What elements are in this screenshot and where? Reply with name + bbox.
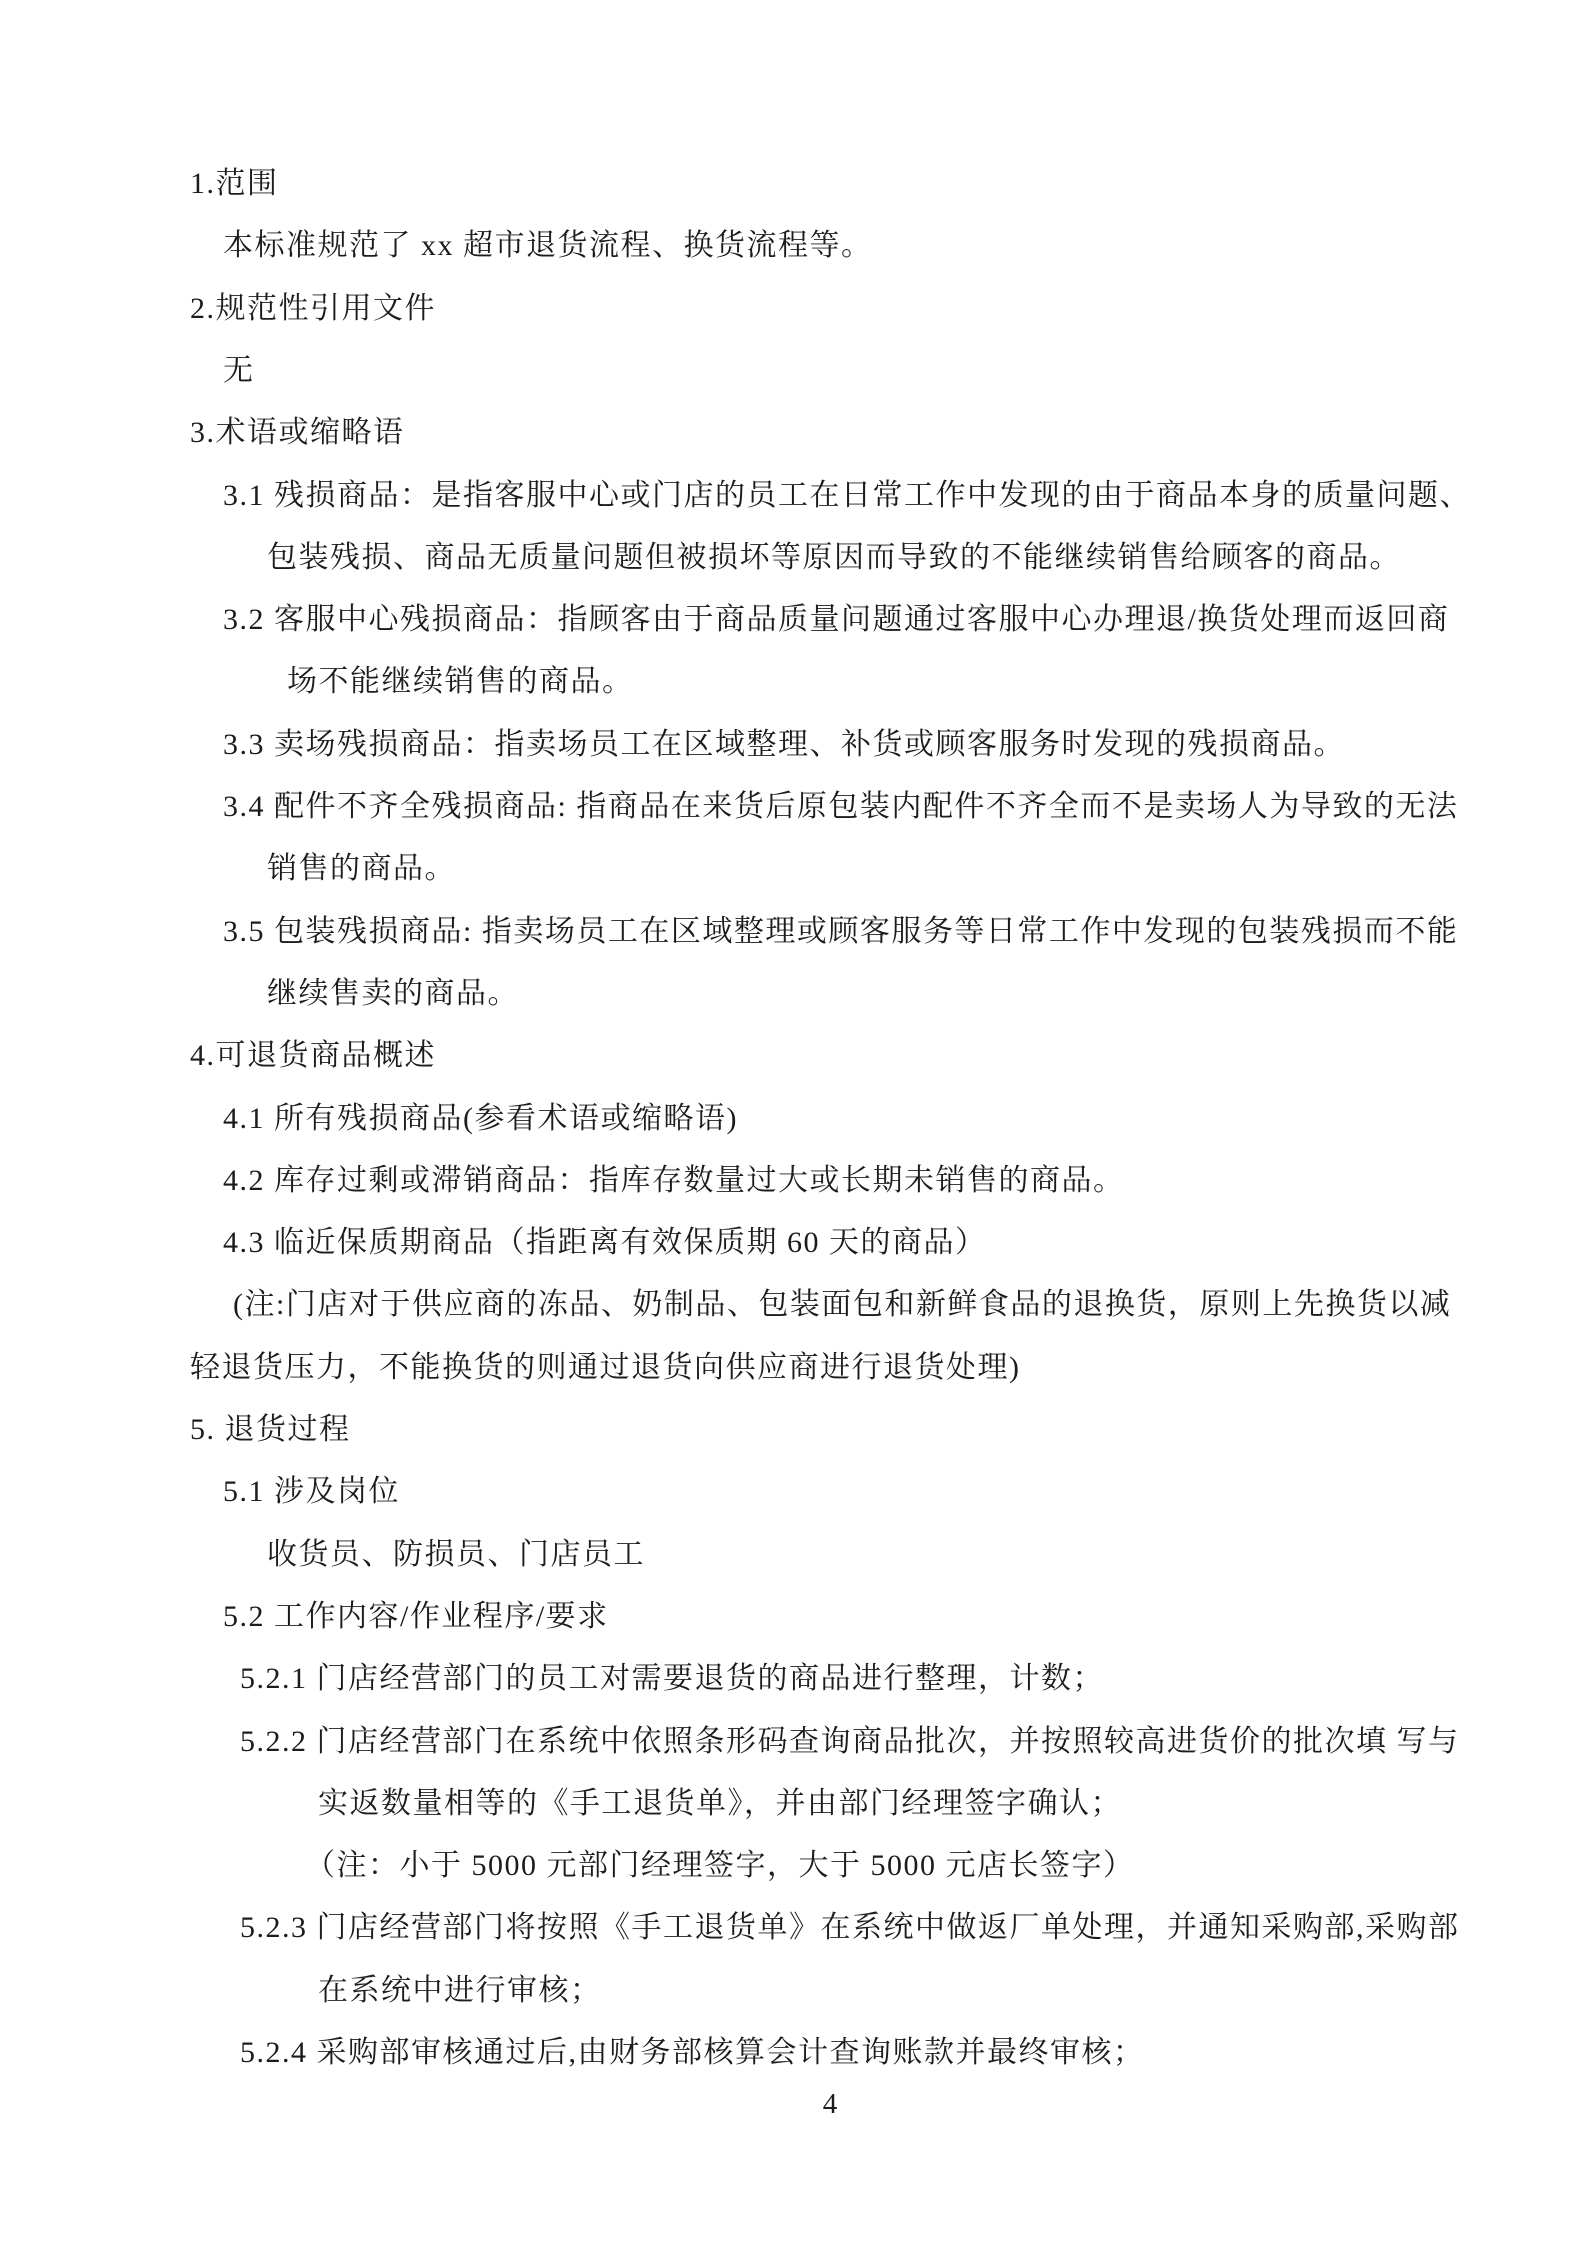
doc-line: 销售的商品。 — [267, 849, 456, 889]
doc-line: 5.2.4 采购部审核通过后,由财务部核算会计查询账款并最终审核； — [240, 2033, 1145, 2073]
doc-line: 5.2.2 门店经营部门在系统中依照条形码查询商品批次，并按照较高进货价的批次填… — [240, 1722, 1460, 1762]
page-number: 4 — [190, 2088, 1470, 2121]
doc-line: 在系统中进行审核； — [318, 1971, 602, 2011]
doc-line: 3.5 包装残损商品: 指卖场员工在区域整理或顾客服务等日常工作中发现的包装残损… — [223, 912, 1458, 952]
doc-line: 5.2 工作内容/作业程序/要求 — [223, 1597, 609, 1637]
doc-line: 实返数量相等的《手工退货单》，并由部门经理签字确认； — [318, 1784, 1122, 1824]
doc-line: 轻退货压力，不能换货的则通过退货向供应商进行退货处理) — [190, 1348, 1021, 1388]
doc-line: 3.术语或缩略语 — [190, 413, 405, 453]
doc-line: 包装残损、商品无质量问题但被损坏等原因而导致的不能继续销售给顾客的商品。 — [267, 538, 1401, 578]
doc-line: 收货员、防损员、门店员工 — [267, 1535, 645, 1575]
doc-line: 3.3 卖场残损商品：指卖场员工在区域整理、补货或顾客服务时发现的残损商品。 — [223, 725, 1345, 765]
doc-line: 5.1 涉及岗位 — [223, 1472, 400, 1512]
document-page: 1.范围本标准规范了 xx 超市退货流程、换货流程等。2.规范性引用文件无3.术… — [0, 0, 1587, 2245]
doc-line: 2.规范性引用文件 — [190, 289, 436, 329]
doc-line: 4.2 库存过剩或滞销商品：指库存数量过大或长期未销售的商品。 — [223, 1161, 1125, 1201]
doc-line: 3.4 配件不齐全残损商品: 指商品在来货后原包装内配件不齐全而不是卖场人为导致… — [223, 787, 1458, 827]
doc-line: 4.3 临近保质期商品（指距离有效保质期 60 天的商品） — [223, 1223, 987, 1263]
doc-line: 无 — [223, 351, 255, 391]
doc-line: 4.1 所有残损商品(参看术语或缩略语) — [223, 1099, 738, 1139]
doc-line: 5.2.3 门店经营部门将按照《手工退货单》在系统中做返厂单处理，并通知采购部,… — [240, 1908, 1460, 1948]
doc-line: 3.2 客服中心残损商品：指顾客由于商品质量问题通过客服中心办理退/换货处理而返… — [223, 600, 1449, 640]
doc-line: 场不能继续销售的商品。 — [287, 662, 634, 702]
doc-line: 1.范围 — [190, 164, 279, 204]
doc-line: 5.2.1 门店经营部门的员工对需要退货的商品进行整理，计数； — [240, 1659, 1104, 1699]
doc-line: 本标准规范了 xx 超市退货流程、换货流程等。 — [223, 226, 873, 266]
doc-line: 3.1 残损商品：是指客服中心或门店的员工在日常工作中发现的由于商品本身的质量问… — [223, 476, 1471, 516]
doc-line: 5. 退货过程 — [190, 1410, 351, 1450]
doc-line: 继续售卖的商品。 — [267, 974, 519, 1014]
doc-line: 4.可退货商品概述 — [190, 1036, 436, 1076]
doc-line: (注:门店对于供应商的冻品、奶制品、包装面包和新鲜食品的退换货，原则上先换货以减 — [233, 1285, 1451, 1325]
doc-line: （注：小于 5000 元部门经理签字，大于 5000 元店长签字） — [305, 1846, 1135, 1886]
